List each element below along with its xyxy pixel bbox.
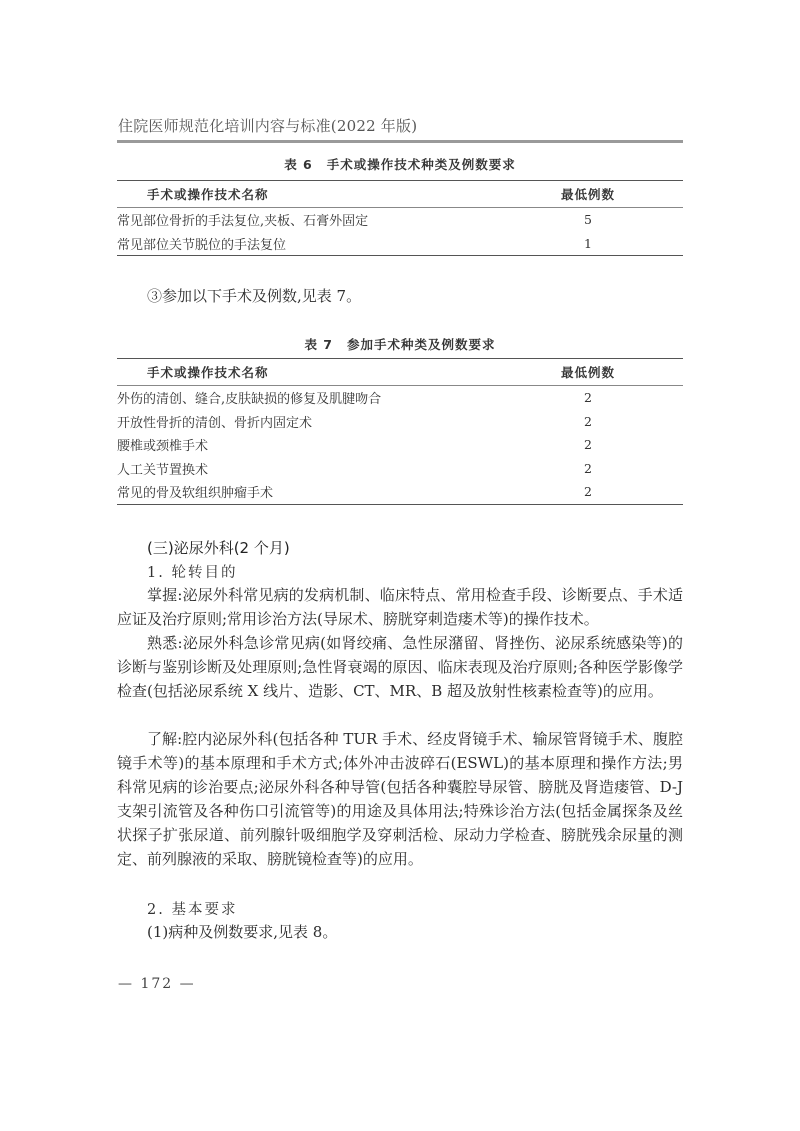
table7-row-name: 开放性骨折的清创、骨折内固定术 xyxy=(117,410,493,434)
table7-caption-title: 参加手术种类及例数要求 xyxy=(347,337,496,352)
table-row: 开放性骨折的清创、骨折内固定术 2 xyxy=(117,410,683,434)
table6-row-name: 常见部位关节脱位的手法复位 xyxy=(117,232,493,256)
table7-col-name: 手术或操作技术名称 xyxy=(117,359,493,386)
table7-header-row: 手术或操作技术名称 最低例数 xyxy=(117,359,683,386)
paragraph-item1: (1)病种及例数要求,见表 8。 xyxy=(117,920,683,944)
table7-row-name: 腰椎或颈椎手术 xyxy=(117,433,493,457)
table6-row-count: 1 xyxy=(493,232,683,256)
table-row: 人工关节置换术 2 xyxy=(117,457,683,481)
table-row: 常见部位关节脱位的手法复位 1 xyxy=(117,232,683,256)
paragraph-understand: 了解:腔内泌尿外科(包括各种 TUR 手术、经皮肾镜手术、输尿管肾镜手术、腹腔镜… xyxy=(117,727,683,871)
table7: 手术或操作技术名称 最低例数 外伤的清创、缝合,皮肤缺损的修复及肌腱吻合 2 开… xyxy=(117,358,683,505)
table6-row-count: 5 xyxy=(493,208,683,232)
table-row: 常见的骨及软组织肿瘤手术 2 xyxy=(117,480,683,504)
paragraph-familiar: 熟悉:泌尿外科急诊常见病(如肾绞痛、急性尿潴留、肾挫伤、泌尿系统感染等)的诊断与… xyxy=(117,631,683,703)
paragraph-item3: ③参加以下手术及例数,见表 7。 xyxy=(117,284,683,308)
header-rule xyxy=(117,140,683,143)
paragraph-master: 掌握:泌尿外科常见病的发病机制、临床特点、常用检查手段、诊断要点、手术适应证及治… xyxy=(117,583,683,631)
document-page: 住院医师规范化培训内容与标准(2022 年版) 表 6手术或操作技术种类及例数要… xyxy=(0,0,800,1131)
table-row: 腰椎或颈椎手术 2 xyxy=(117,433,683,457)
table7-caption-number: 表 7 xyxy=(304,337,333,352)
subheading-rotation-goals: 1. 轮转目的 xyxy=(147,561,237,582)
table6-caption-number: 表 6 xyxy=(284,157,313,172)
section-heading: (三)泌尿外科(2 个月) xyxy=(147,537,290,558)
table7-row-count: 2 xyxy=(493,410,683,434)
table7-row-count: 2 xyxy=(493,480,683,504)
table6-col-count: 最低例数 xyxy=(493,181,683,208)
table7-row-count: 2 xyxy=(493,457,683,481)
table7-row-name: 常见的骨及软组织肿瘤手术 xyxy=(117,480,493,504)
table6-caption-title: 手术或操作技术种类及例数要求 xyxy=(327,157,516,172)
table6-row-name: 常见部位骨折的手法复位,夹板、石膏外固定 xyxy=(117,208,493,232)
table-row: 外伤的清创、缝合,皮肤缺损的修复及肌腱吻合 2 xyxy=(117,386,683,410)
table7-caption: 表 7参加手术种类及例数要求 xyxy=(117,335,683,353)
table6-header-row: 手术或操作技术名称 最低例数 xyxy=(117,181,683,208)
page-number: — 172 — xyxy=(118,976,196,992)
subheading-basic-requirements: 2. 基本要求 xyxy=(147,898,237,919)
table7-row-count: 2 xyxy=(493,433,683,457)
table7-row-name: 外伤的清创、缝合,皮肤缺损的修复及肌腱吻合 xyxy=(117,386,493,410)
table6-caption: 表 6手术或操作技术种类及例数要求 xyxy=(117,155,683,173)
running-header: 住院医师规范化培训内容与标准(2022 年版) xyxy=(118,115,417,136)
table7-row-name: 人工关节置换术 xyxy=(117,457,493,481)
table7-row-count: 2 xyxy=(493,386,683,410)
table-row: 常见部位骨折的手法复位,夹板、石膏外固定 5 xyxy=(117,208,683,232)
table6-col-name: 手术或操作技术名称 xyxy=(117,181,493,208)
table6: 手术或操作技术名称 最低例数 常见部位骨折的手法复位,夹板、石膏外固定 5 常见… xyxy=(117,180,683,256)
table7-col-count: 最低例数 xyxy=(493,359,683,386)
